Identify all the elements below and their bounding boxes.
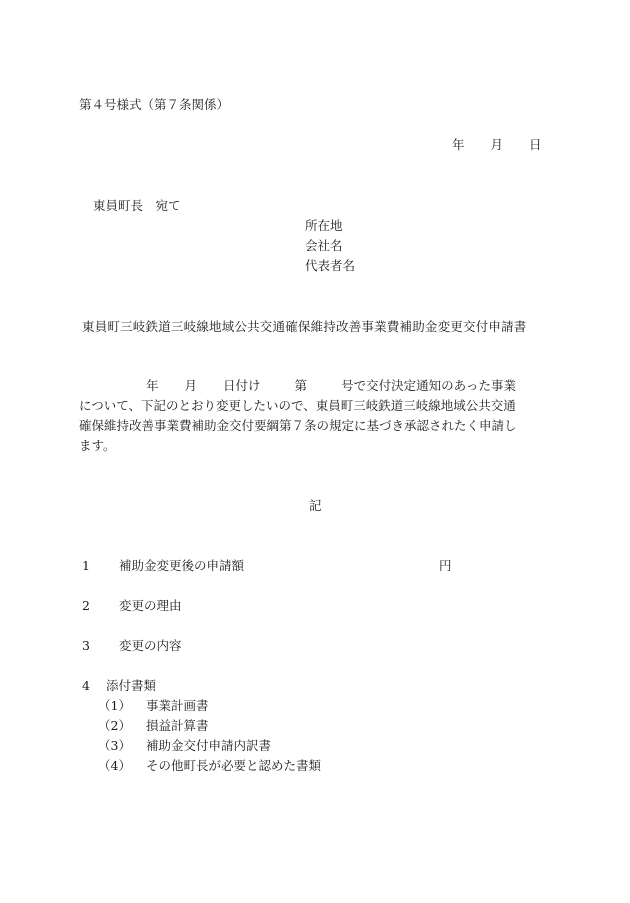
item-1-unit: 円 [439, 557, 452, 574]
attachment-2-label: 損益計算書 [146, 717, 209, 734]
attachment-4-num: （4） [98, 757, 131, 774]
body-line-1: 年月日付け第号で交付決定通知のあった事業 [146, 377, 516, 394]
document-title: 東員町三岐鉄道三岐線地域公共交通確保維持改善事業費補助金変更交付申請書 [82, 318, 527, 335]
address-label: 所在地 [305, 217, 343, 234]
item-3-label: 変更の内容 [119, 637, 182, 654]
company-label: 会社名 [305, 237, 343, 254]
item-1: 1 [82, 557, 90, 574]
attachment-1-num: （1） [98, 697, 131, 714]
form-number: 第４号様式（第７条関係） [79, 96, 229, 113]
item-4-num: 4 [82, 677, 90, 694]
attachment-4-label: その他町長が必要と認めた書類 [146, 757, 321, 774]
item-4-label: 添付書類 [106, 677, 156, 694]
attachment-3-num: （3） [98, 737, 131, 754]
date-month: 月 [491, 137, 504, 152]
item-2-num: 2 [82, 597, 90, 614]
date-year: 年 [452, 137, 465, 152]
date-day: 日 [529, 137, 542, 152]
representative-label: 代表者名 [305, 257, 355, 274]
item-3-num: 3 [82, 637, 90, 654]
addressee: 東員町長 宛て [93, 197, 181, 214]
date-line: 年月日 [452, 136, 542, 153]
body-line-4: ます。 [79, 437, 116, 454]
body-line-2: について、下記のとおり変更したいので、東員町三岐鉄道三岐線地域公共交通 [79, 397, 516, 414]
body-line-3: 確保維持改善事業費補助金交付要綱第７条の規定に基づき承認されたく申請し [79, 417, 517, 434]
attachment-3-label: 補助金交付申請内訳書 [146, 737, 271, 754]
item-1-label: 補助金変更後の申請額 [119, 557, 244, 574]
attachment-2-num: （2） [98, 717, 131, 734]
ki-heading: 記 [309, 497, 322, 514]
attachment-1-label: 事業計画書 [146, 697, 209, 714]
item-2-label: 変更の理由 [119, 597, 182, 614]
